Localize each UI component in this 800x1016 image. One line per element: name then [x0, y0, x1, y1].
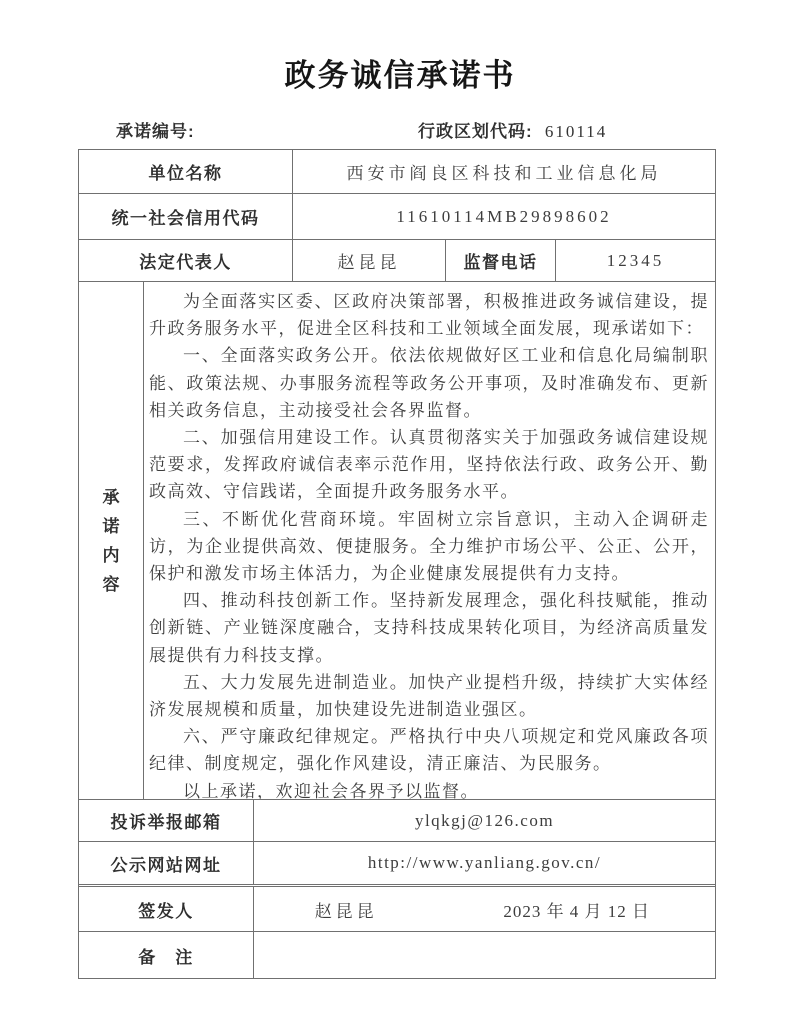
legal-rep-label: 法定代表人 [79, 240, 293, 281]
remark-value [254, 932, 715, 978]
credit-code-label: 统一社会信用代码 [79, 194, 293, 239]
unit-name-value: 西安市阎良区科技和工业信息化局 [293, 150, 715, 193]
commitment-paragraph: 以上承诺，欢迎社会各界予以监督。 [149, 778, 709, 799]
commitment-paragraph: 四、推动科技创新工作。坚持新发展理念，强化科技赋能，推动创新链、产业链深度融合，… [149, 587, 709, 669]
table-row-website: 公示网站网址 http://www.yanliang.gov.cn/ [79, 842, 715, 887]
commitment-paragraph: 五、大力发展先进制造业。加快产业提档升级，持续扩大实体经济发展规模和质量，加快建… [149, 669, 709, 723]
issuer-name: 赵昆昆 [254, 897, 438, 922]
remark-label: 备 注 [79, 932, 254, 978]
commitment-table: 单位名称 西安市阎良区科技和工业信息化局 统一社会信用代码 11610114MB… [78, 149, 716, 979]
table-row-remark: 备 注 [79, 932, 715, 978]
table-row-commitment-content: 承诺内容 为全面落实区委、区政府决策部署，积极推进政务诚信建设，提升政务服务水平… [79, 282, 715, 800]
issue-date: 2023 年 4 月 12 日 [438, 897, 715, 922]
region-code-value: 610114 [545, 122, 607, 141]
commitment-content-label: 承诺内容 [102, 483, 121, 599]
meta-row: 承诺编号: 行政区划代码: 610114 [78, 117, 716, 143]
legal-rep-value: 赵昆昆 [293, 240, 446, 281]
supervision-phone-value: 12345 [556, 240, 715, 281]
website-label: 公示网站网址 [79, 842, 254, 884]
document-page: 政务诚信承诺书 承诺编号: 行政区划代码: 610114 单位名称 西安市阎良区… [0, 0, 800, 979]
complaint-email-label: 投诉举报邮箱 [79, 800, 254, 841]
unit-name-label: 单位名称 [79, 150, 293, 193]
region-code: 行政区划代码: 610114 [418, 117, 607, 142]
commitment-content-label-cell: 承诺内容 [79, 282, 144, 799]
table-row-legal-rep: 法定代表人 赵昆昆 监督电话 12345 [79, 240, 715, 282]
issuer-value-cell: 赵昆昆 2023 年 4 月 12 日 [254, 887, 715, 931]
page-title: 政务诚信承诺书 [0, 50, 800, 95]
table-row-unit-name: 单位名称 西安市阎良区科技和工业信息化局 [79, 150, 715, 194]
commitment-paragraph: 二、加强信用建设工作。认真贯彻落实关于加强政务诚信建设规范要求，发挥政府诚信表率… [149, 424, 709, 506]
commitment-paragraph: 一、全面落实政务公开。依法依规做好区工业和信息化局编制职能、政策法规、办事服务流… [149, 342, 709, 424]
commitment-paragraph: 三、不断优化营商环境。牢固树立宗旨意识，主动入企调研走访，为企业提供高效、便捷服… [149, 506, 709, 588]
credit-code-value: 11610114MB29898602 [293, 194, 715, 239]
supervision-phone-label: 监督电话 [446, 240, 556, 281]
complaint-email-value: ylqkgj@126.com [254, 800, 715, 841]
table-row-issuer: 签发人 赵昆昆 2023 年 4 月 12 日 [79, 887, 715, 932]
website-value: http://www.yanliang.gov.cn/ [254, 842, 715, 884]
commitment-paragraph: 为全面落实区委、区政府决策部署，积极推进政务诚信建设，提升政务服务水平，促进全区… [149, 288, 709, 342]
commitment-paragraph: 六、严守廉政纪律规定。严格执行中央八项规定和党风廉政各项纪律、制度规定，强化作风… [149, 723, 709, 777]
table-row-complaint-email: 投诉举报邮箱 ylqkgj@126.com [79, 800, 715, 842]
region-code-label: 行政区划代码: [418, 122, 533, 141]
table-row-credit-code: 统一社会信用代码 11610114MB29898602 [79, 194, 715, 240]
commitment-content-body: 为全面落实区委、区政府决策部署，积极推进政务诚信建设，提升政务服务水平，促进全区… [144, 282, 715, 799]
promise-number-label: 承诺编号: [116, 117, 195, 142]
issuer-label: 签发人 [79, 887, 254, 931]
